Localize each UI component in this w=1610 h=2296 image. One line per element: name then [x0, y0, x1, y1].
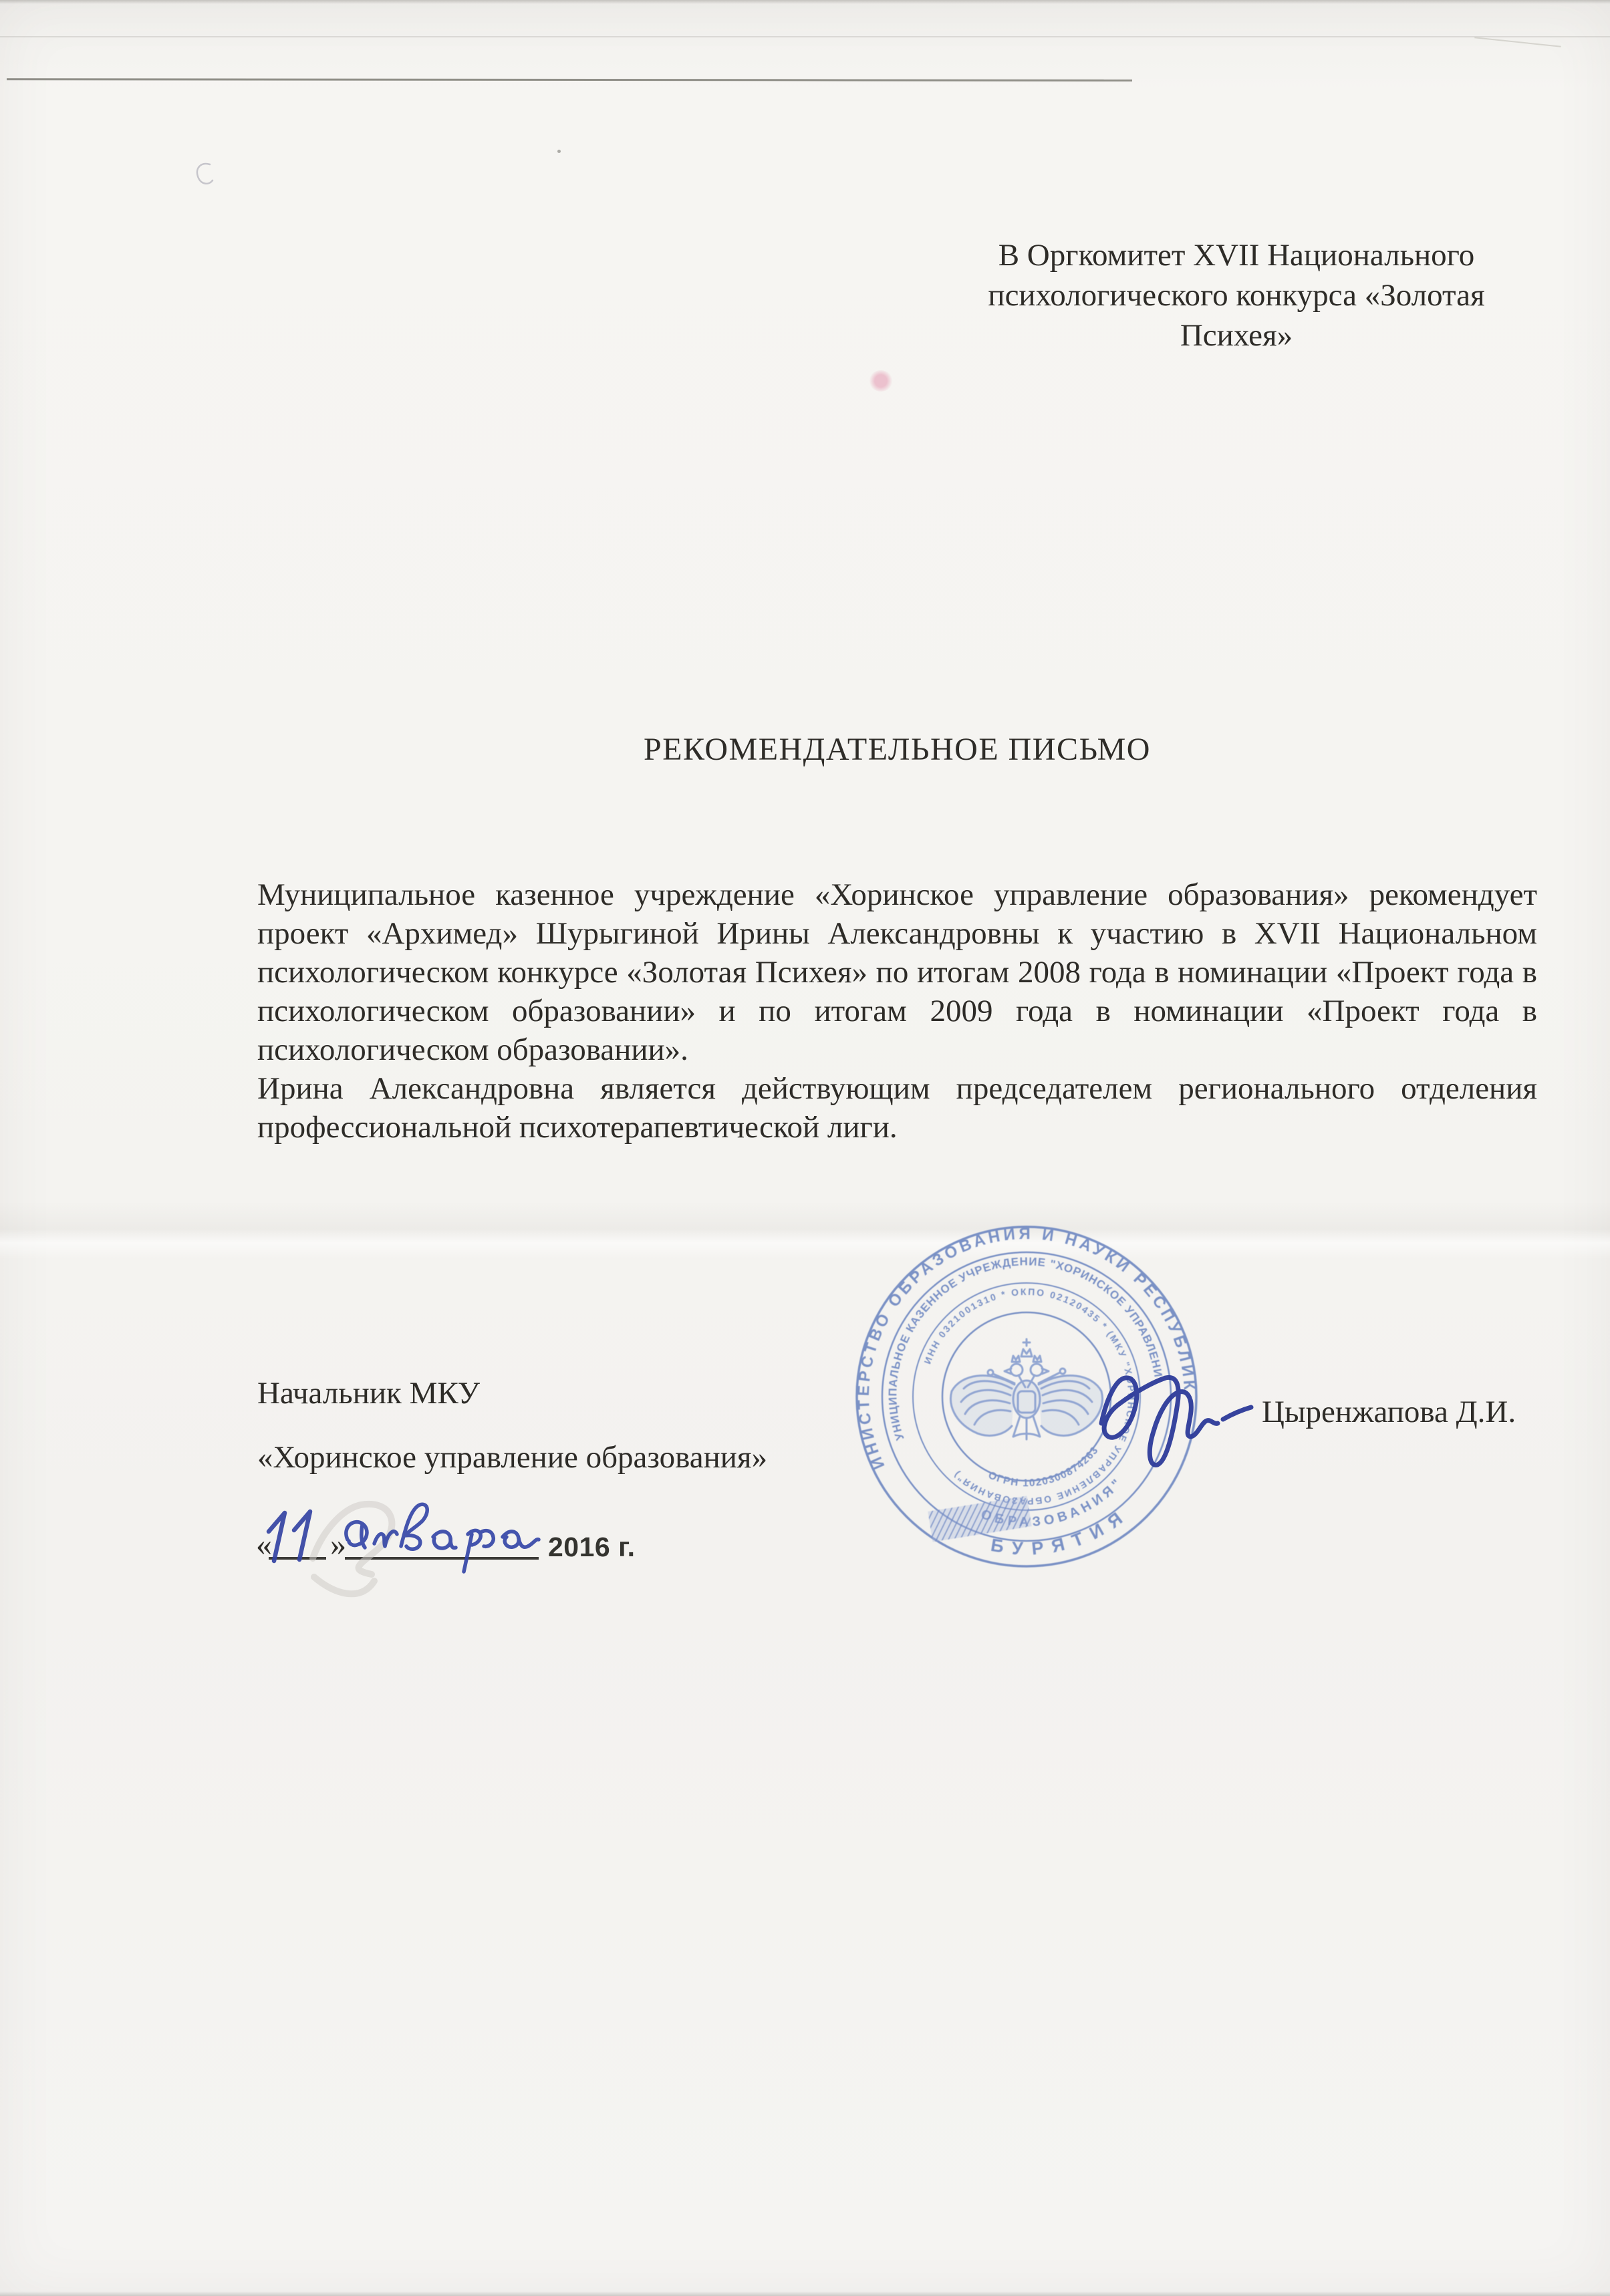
scan-artifact-speck: [557, 150, 561, 153]
recipient-line-2: психологического конкурса «Золотая Психе…: [941, 275, 1532, 355]
handwritten-day: [269, 1512, 310, 1561]
date-month-underline: [345, 1557, 539, 1560]
handwritten-month-ghost: [313, 1504, 392, 1594]
handwritten-month: [346, 1504, 539, 1572]
signer-position-line-2: «Хоринское управление образования»: [257, 1439, 767, 1475]
letter-body: Муниципальное казенное учреждение «Хорин…: [257, 875, 1537, 1147]
date-close-quote: »: [330, 1526, 346, 1563]
scan-artifact-scratch: [1474, 37, 1561, 47]
paper-crease: [0, 1201, 1610, 1259]
scanner-edge-shadow-bottom: [0, 2291, 1610, 2296]
stamp-hatched-bar: [928, 1496, 1031, 1542]
letter-title: РЕКОМЕНДАТЕЛЬНОЕ ПИСЬМО: [257, 731, 1537, 768]
signer-position-line-1: Начальник МКУ: [257, 1375, 480, 1411]
body-paragraph-2: Ирина Александровна является действующим…: [257, 1069, 1537, 1147]
recipient-line-1: В Оргкомитет XVII Национального: [941, 235, 1532, 275]
body-paragraph-1: Муниципальное казенное учреждение «Хорин…: [257, 875, 1537, 1069]
scan-artifact-line-faint: [0, 36, 1610, 37]
scan-artifact-fold-line: [7, 78, 1132, 82]
pen-mark-top-left: [197, 164, 213, 184]
date-day-underline: [269, 1557, 326, 1560]
scanned-letter-page: В Оргкомитет XVII Национального психолог…: [0, 0, 1610, 2296]
signer-name: Цыренжапова Д.И.: [1262, 1394, 1516, 1430]
pink-ink-smudge: [869, 370, 893, 392]
double-headed-eagle-icon: [950, 1339, 1102, 1439]
recipient-block: В Оргкомитет XVII Национального психолог…: [941, 235, 1532, 355]
scanner-edge-shadow-top: [0, 0, 1610, 4]
date-year-label: 2016 г.: [548, 1532, 635, 1563]
official-round-stamp: МИНИСТЕРСТВО ОБРАЗОВАНИЯ И НАУКИ РЕСПУБЛ…: [839, 1209, 1214, 1584]
